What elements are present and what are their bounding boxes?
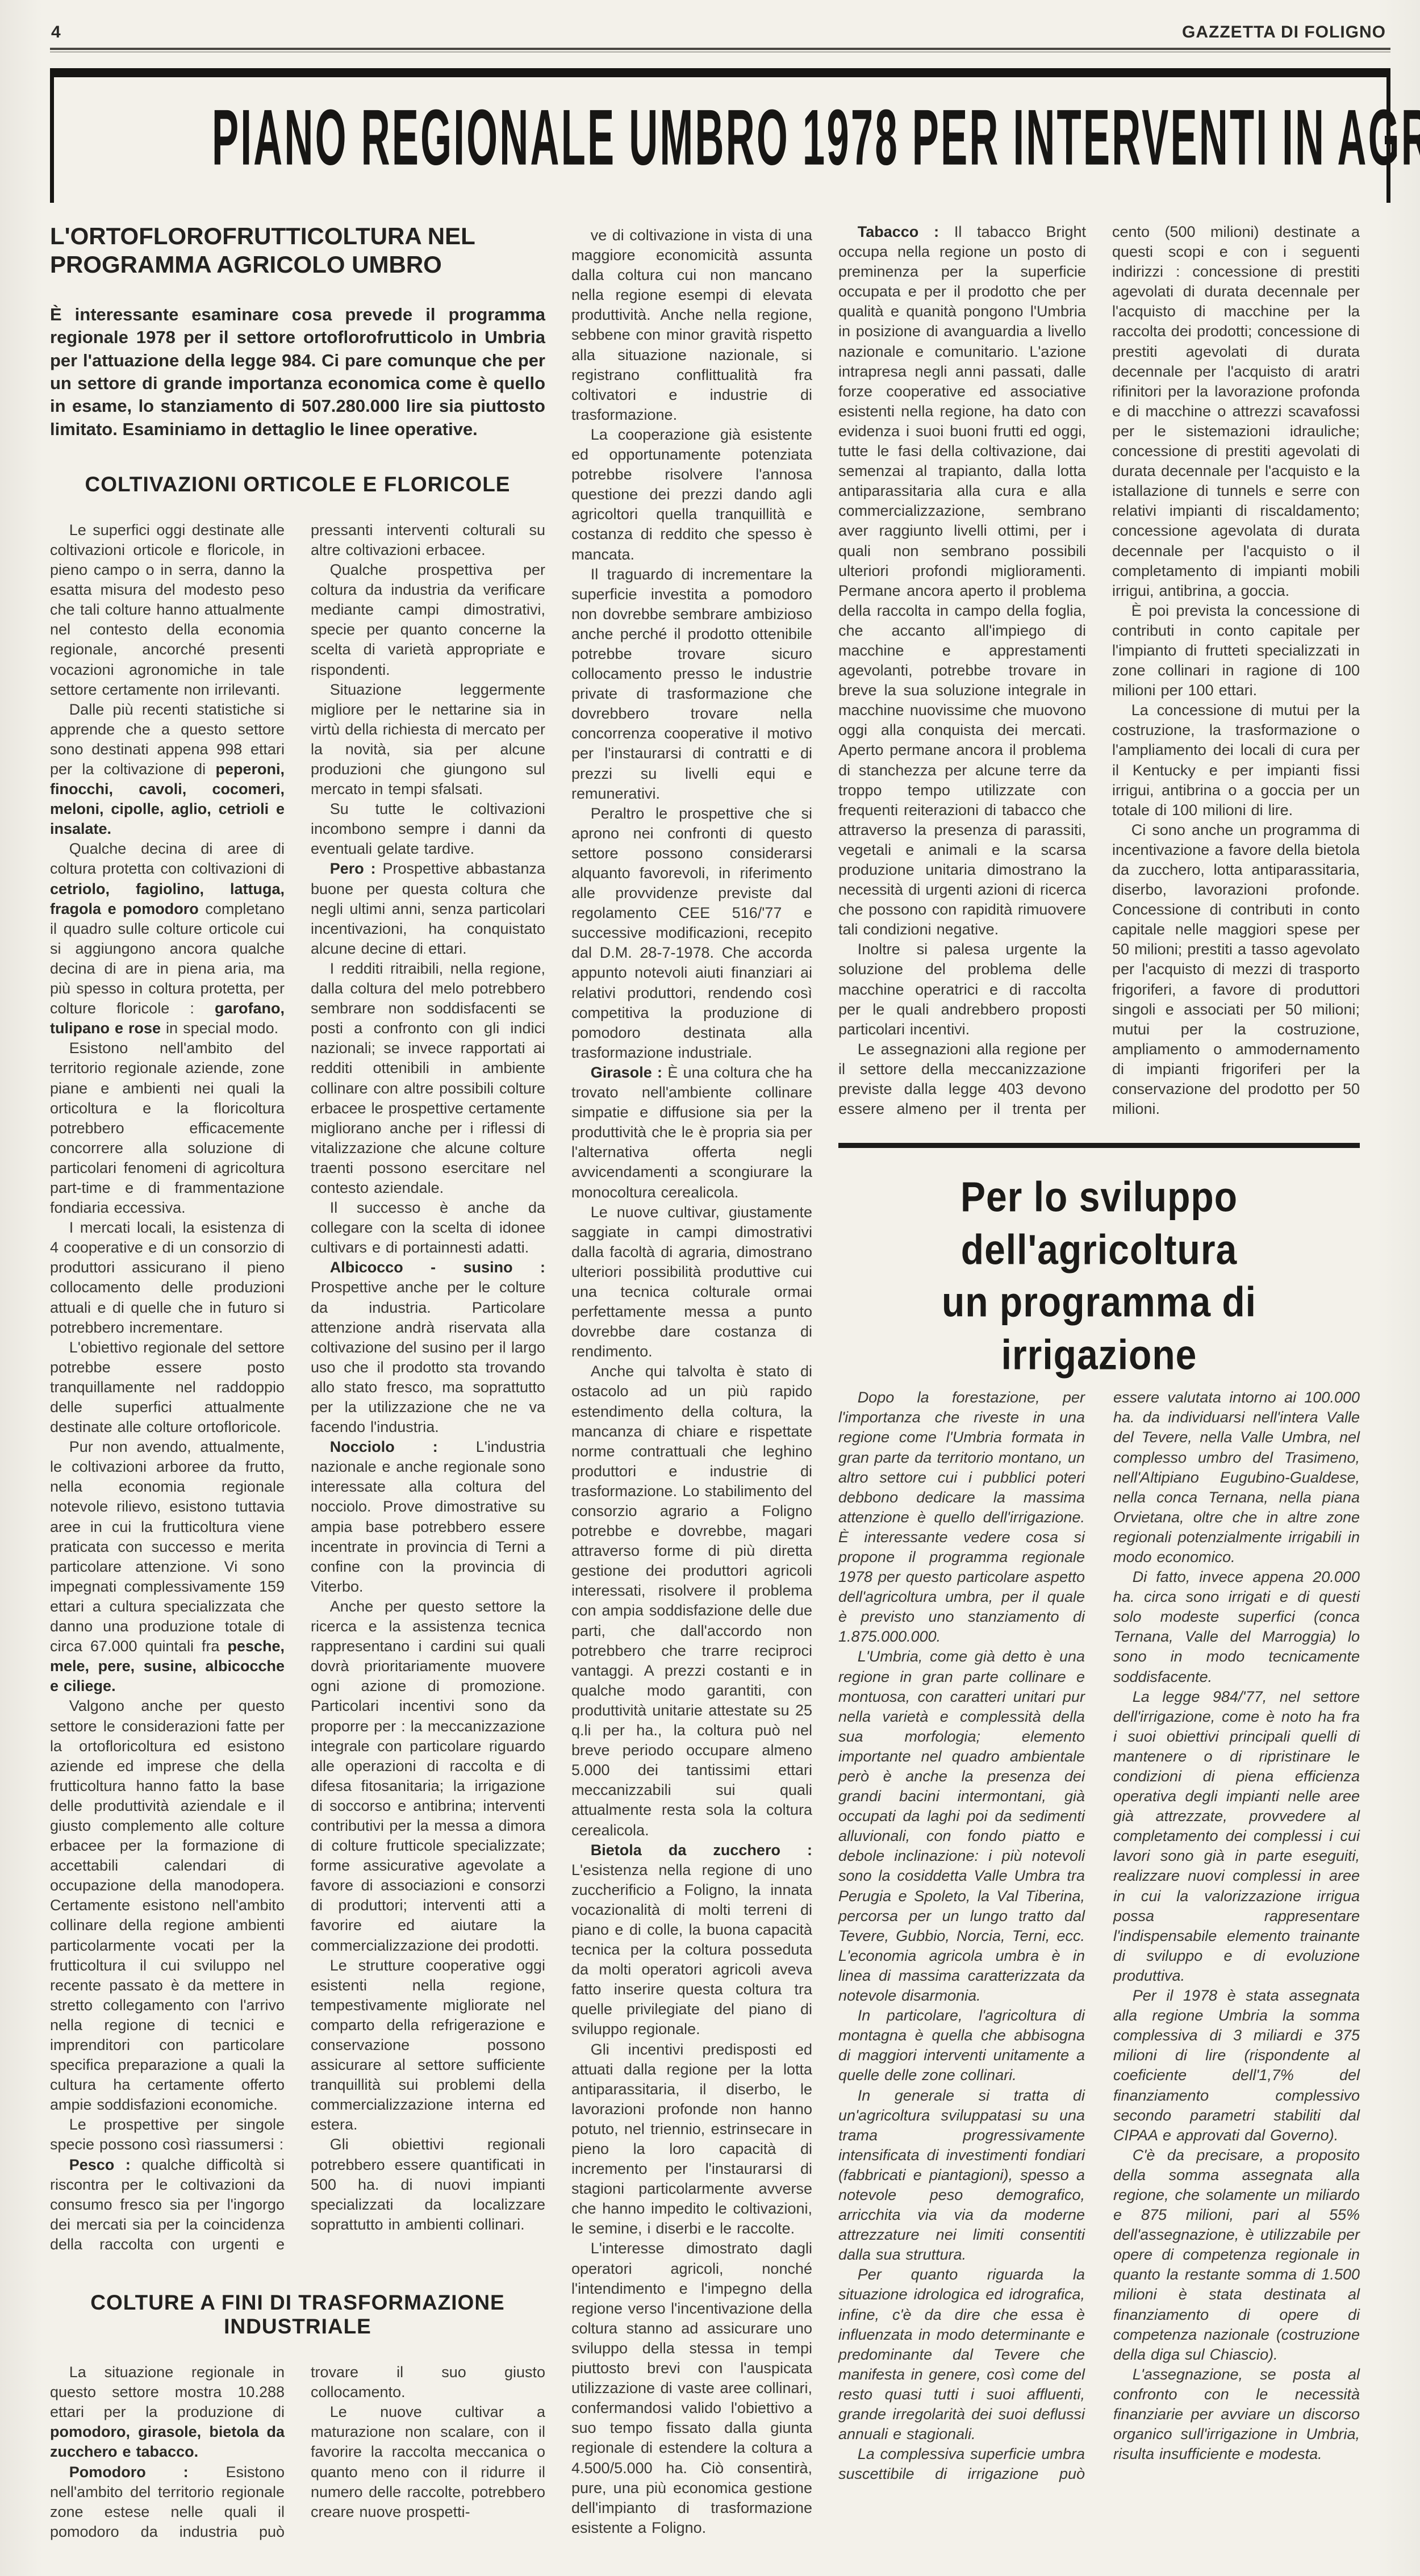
paragraph: Nocciolo : L'industria nazionale e anche… xyxy=(311,1437,545,1597)
article-body: L'ORTOFLOROFRUTTICOLTURA NEL PROGRAMMA A… xyxy=(50,222,1390,2542)
paragraph: Situazione leggermente migliore per le n… xyxy=(311,680,545,800)
text-block-irrigation: Dopo la forestazione, per l'importanza c… xyxy=(838,1388,1360,2484)
paragraph: Qualche decina di aree di coltura protet… xyxy=(50,839,285,1038)
middle-column: ve di coltivazione in vista di una maggi… xyxy=(571,222,812,2538)
paragraph: La legge 984/'77, nel settore dell'irrig… xyxy=(1113,1687,1360,1986)
article-kicker-title: L'ORTOFLOROFRUTTICOLTURA NEL PROGRAMMA A… xyxy=(50,222,516,278)
paragraph: Le nuove cultivar, giustamente saggiate … xyxy=(571,1203,812,1362)
paragraph: I mercati locali, la esistenza di 4 coop… xyxy=(50,1218,285,1338)
section-title-trasformazione: COLTURE A FINI DI TRASFORMAZIONE INDUSTR… xyxy=(50,2291,545,2339)
paragraph: Girasole : È una coltura che ha trovato … xyxy=(571,1063,812,1203)
paragraph: In particolare, l'agricoltura di montagn… xyxy=(838,2006,1085,2085)
paragraph: Esistono nell'ambito del territorio regi… xyxy=(50,1038,285,1218)
paragraph: La concessione di mutui per la costruzio… xyxy=(1112,700,1360,820)
paragraph: Qualche prospettiva per coltura da indus… xyxy=(311,560,545,680)
headline-banner: PIANO REGIONALE UMBRO 1978 PER INTERVENT… xyxy=(50,68,1390,203)
paragraph: Bietola da zucchero : L'esistenza nella … xyxy=(571,1840,812,2040)
irrigation-headline-line2: un programma di irrigazione xyxy=(942,1278,1256,1377)
masthead: GAZZETTA DI FOLIGNO xyxy=(1182,23,1386,42)
paragraph: Su tutte le coltivazioni incombono sempr… xyxy=(311,799,545,859)
paragraph: Gli obiettivi regionali potrebbero esser… xyxy=(311,2135,545,2234)
paragraph: Albicocco - susino : Prospettive anche p… xyxy=(311,1258,545,1437)
irrigation-headline-line1: Per lo sviluppo dell'agricoltura xyxy=(960,1174,1238,1273)
paragraph: Gli incentivi predisposti ed attuati dal… xyxy=(571,2040,812,2239)
main-headline: PIANO REGIONALE UMBRO 1978 PER INTERVENT… xyxy=(212,93,1420,183)
page-header: 4 GAZZETTA DI FOLIGNO xyxy=(50,23,1390,48)
paragraph: Le prospettive per singole specie posson… xyxy=(50,2115,285,2155)
article-lede: È interessante esaminare cosa prevede il… xyxy=(50,303,545,441)
paragraph: Inoltre si palesa urgente la soluzione d… xyxy=(838,940,1086,1039)
paragraph: Il traguardo di incrementare la superfic… xyxy=(571,565,812,804)
text-block-orticole: Le superfici oggi destinate alle coltiva… xyxy=(50,520,545,2254)
paragraph: Le strutture cooperative oggi esistenti … xyxy=(311,1956,545,2135)
text-block-tabacco: Tabacco : Il tabacco Bright occupa nella… xyxy=(838,222,1360,1119)
paragraph: C'è da precisare, a proposito della somm… xyxy=(1113,2145,1360,2365)
paragraph: Le nuove cultivar a maturazione non scal… xyxy=(311,2402,545,2522)
newspaper-page: 4 GAZZETTA DI FOLIGNO PIANO REGIONALE UM… xyxy=(0,0,1420,2576)
paragraph: Pero : Prospettive abbastanza buone per … xyxy=(311,859,545,958)
paragraph: Anche qui talvolta è stato di ostacolo a… xyxy=(571,1362,812,1840)
paragraph: Le superfici oggi destinate alle coltiva… xyxy=(50,520,285,700)
paragraph: L'obiettivo regionale del settore potreb… xyxy=(50,1338,285,1437)
paragraph: Tabacco : Il tabacco Bright occupa nella… xyxy=(838,222,1086,940)
paragraph: Anche per questo settore la ricerca e la… xyxy=(311,1597,545,1956)
paragraph: Dopo la forestazione, per l'importanza c… xyxy=(838,1388,1085,1647)
text-block-trasformazione: La situazione regionale in questo settor… xyxy=(50,2362,545,2542)
page-number: 4 xyxy=(51,23,61,42)
irrigation-feature: Per lo sviluppo dell'agricoltura un prog… xyxy=(838,1143,1360,2484)
paragraph: Pur non avendo, attualmente, le coltivaz… xyxy=(50,1437,285,1696)
paragraph: Il successo è anche da collegare con la … xyxy=(311,1198,545,1258)
paragraph: Valgono anche per questo settore le cons… xyxy=(50,1696,285,2115)
paragraph: Per quanto riguarda la situazione idrolo… xyxy=(838,2265,1085,2444)
paragraph: L'Umbria, come già detto è una regione i… xyxy=(838,1647,1085,2006)
paragraph: Dalle più recenti statistiche si apprend… xyxy=(50,700,285,840)
paragraph: È poi prevista la concessione di contrib… xyxy=(1112,601,1360,700)
paragraph: I redditi ritraibili, nella regione, dal… xyxy=(311,959,545,1198)
right-column-group: Tabacco : Il tabacco Bright occupa nella… xyxy=(838,222,1360,2484)
paragraph: Di fatto, invece appena 20.000 ha. circa… xyxy=(1113,1567,1360,1687)
paragraph: ve di coltivazione in vista di una maggi… xyxy=(571,226,812,425)
header-rule xyxy=(50,48,1390,52)
irrigation-headline: Per lo sviluppo dell'agricoltura un prog… xyxy=(838,1171,1360,1381)
paragraph: Ci sono anche un programma di incentivaz… xyxy=(1112,820,1360,1119)
paragraph: L'assegnazione, se posta al confronto co… xyxy=(1113,2365,1360,2464)
paragraph: In generale si tratta di un'agricoltura … xyxy=(838,2086,1085,2265)
paragraph: La situazione regionale in questo settor… xyxy=(50,2362,285,2462)
paragraph: L'interesse dimostrato dagli operatori a… xyxy=(571,2239,812,2537)
paragraph: Per il 1978 è stata assegnata alla regio… xyxy=(1113,1986,1360,2145)
section-title-orticole: COLTIVAZIONI ORTICOLE E FLORICOLE xyxy=(50,473,545,496)
left-column-group: L'ORTOFLOROFRUTTICOLTURA NEL PROGRAMMA A… xyxy=(50,222,545,2542)
paragraph: Peraltro le prospettive che si aprono ne… xyxy=(571,804,812,1063)
paragraph: La cooperazione già esistente ed opportu… xyxy=(571,425,812,565)
